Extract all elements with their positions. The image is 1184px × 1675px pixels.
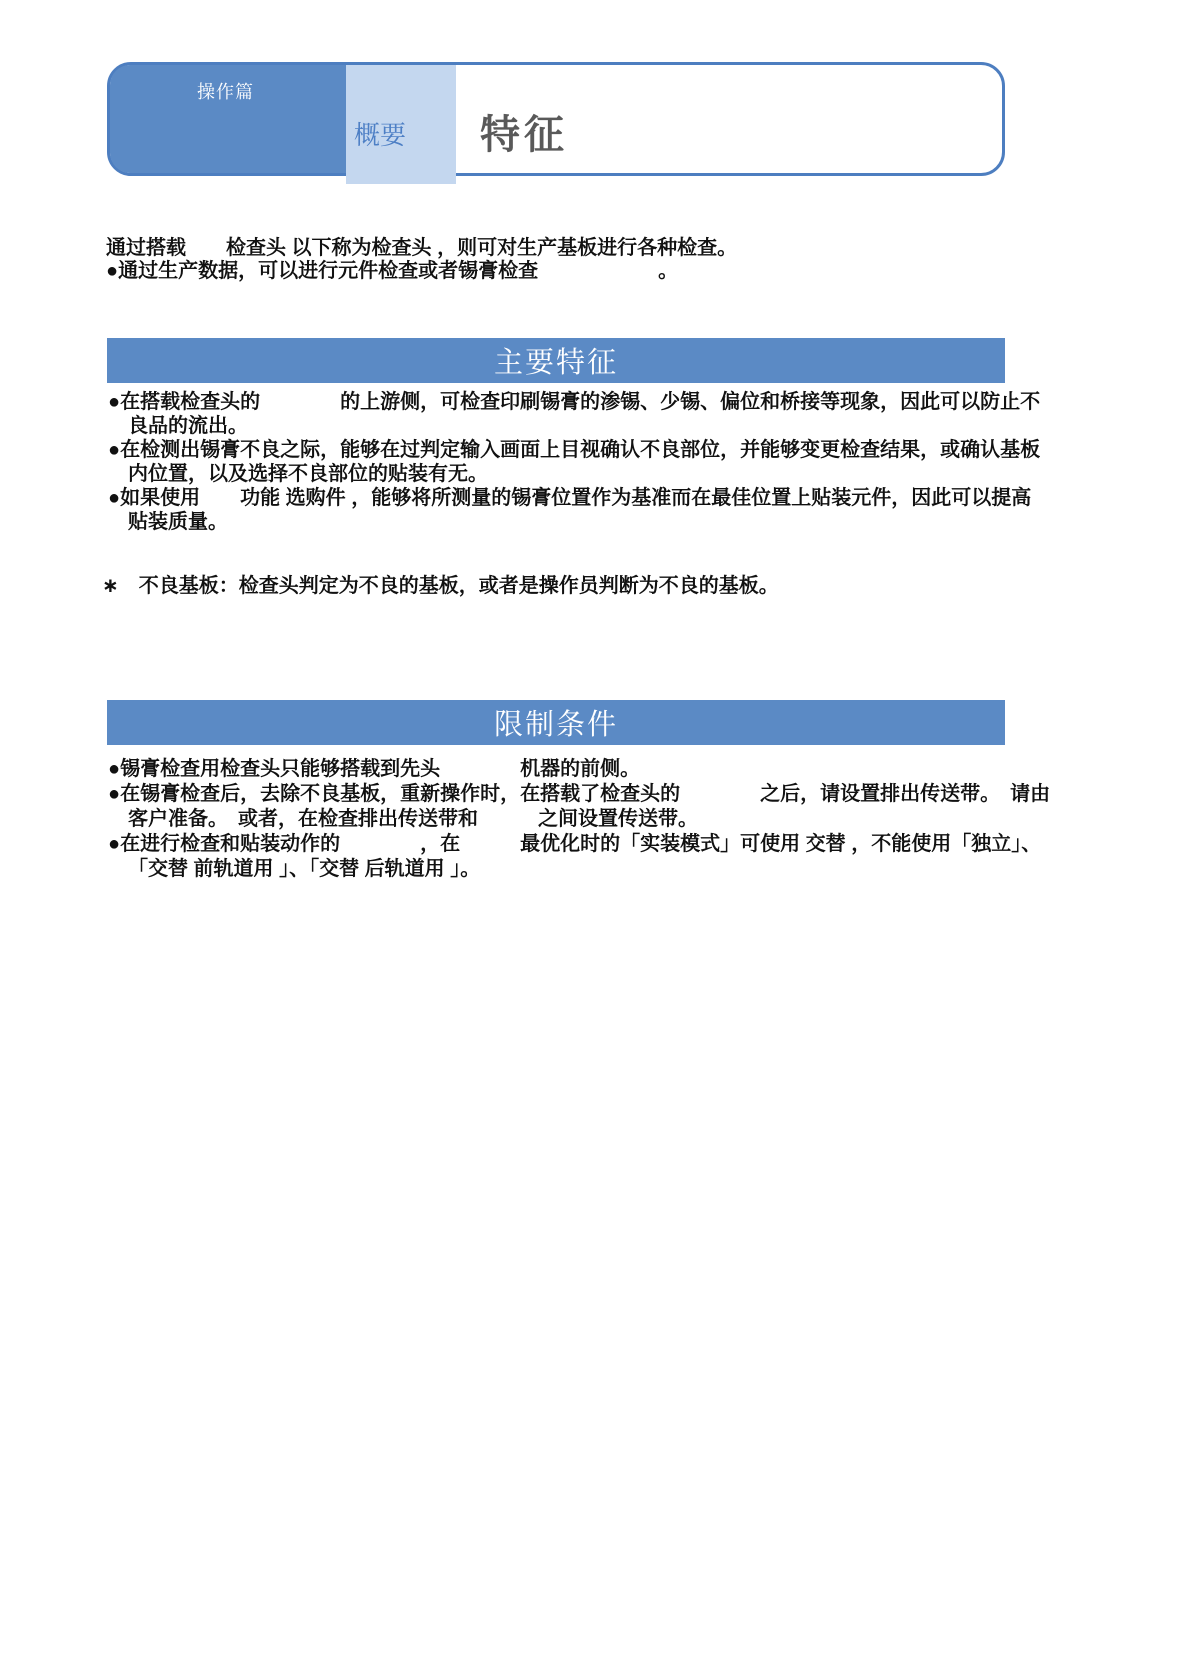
section-heading-bar-restrictions: 限制条件 xyxy=(107,700,1005,745)
bullet-line: 「交替 前轨道用 」、「交替 后轨道用 」。 xyxy=(128,858,480,880)
bullet-line: 客户准备。 或者，在检查排出传送带和 之间设置传送带。 xyxy=(128,808,698,830)
footnote: ∗ 不良基板：检查头判定为不良的基板，或者是操作员判断为不良的基板。 xyxy=(102,569,1082,598)
section-label: 操作篇 xyxy=(197,78,254,104)
page-title: 特征 xyxy=(480,103,568,160)
list-item: ●锡膏检查用检查头只能够搭载到先头 机器的前侧。 xyxy=(108,757,1108,782)
category-label: 概要 xyxy=(354,115,406,152)
intro-paragraph: 通过搭载 检查头 以下称为检查头 ，则可对生产基板进行各种检查。 ●通过生产数据… xyxy=(106,237,1086,283)
list-item: ●在锡膏检查后，去除不良基板，重新操作时，在搭载了检查头的 之后，请设置排出传送… xyxy=(108,782,1108,832)
section-heading: 限制条件 xyxy=(494,702,618,743)
bullet-line: 贴装质量。 xyxy=(128,511,228,533)
bullet-line: 良品的流出。 xyxy=(128,415,248,437)
list-item: ●如果使用 功能 选购件 ，能够将所测量的锡膏位置作为基准而在最佳位置上贴装元件… xyxy=(108,486,1108,534)
list-item: ●在进行检查和贴装动作的 ，在 最优化时的「实装模式」可使用 交替 ，不能使用「… xyxy=(108,832,1108,882)
category-tab: 概要 xyxy=(346,65,456,184)
restrictions-list: ●锡膏检查用检查头只能够搭载到先头 机器的前侧。 ●在锡膏检查后，去除不良基板，… xyxy=(108,757,1108,882)
header-banner: 操作篇 概要 特征 xyxy=(107,62,1005,176)
list-item: ●在搭载检查头的 的上游侧，可检查印刷锡膏的渗锡、少锡、偏位和桥接等现象，因此可… xyxy=(108,390,1108,438)
list-item: ●在检测出锡膏不良之际，能够在过判定输入画面上目视确认不良部位，并能够变更检查结… xyxy=(108,438,1108,486)
bullet-line: ●如果使用 功能 选购件 ，能够将所测量的锡膏位置作为基准而在最佳位置上贴装元件… xyxy=(108,487,1031,509)
bullet-line: ●在锡膏检查后，去除不良基板，重新操作时，在搭载了检查头的 之后，请设置排出传送… xyxy=(108,783,1050,805)
main-features-list: ●在搭载检查头的 的上游侧，可检查印刷锡膏的渗锡、少锡、偏位和桥接等现象，因此可… xyxy=(108,390,1108,534)
bullet-line: 内位置，以及选择不良部位的贴装有无。 xyxy=(128,463,488,485)
manual-page: 操作篇 概要 特征 通过搭载 检查头 以下称为检查头 ，则可对生产基板进行各种检… xyxy=(0,0,1184,1675)
bullet-line: ●在搭载检查头的 的上游侧，可检查印刷锡膏的渗锡、少锡、偏位和桥接等现象，因此可… xyxy=(108,391,1040,413)
bullet-line: ●在进行检查和贴装动作的 ，在 最优化时的「实装模式」可使用 交替 ，不能使用「… xyxy=(108,833,1041,855)
bullet-line: ●锡膏检查用检查头只能够搭载到先头 机器的前侧。 xyxy=(108,758,640,780)
section-heading-bar-main-features: 主要特征 xyxy=(107,338,1005,383)
section-heading: 主要特征 xyxy=(494,340,618,381)
bullet-line: ●在检测出锡膏不良之际，能够在过判定输入画面上目视确认不良部位，并能够变更检查结… xyxy=(108,439,1040,461)
intro-line: 通过搭载 检查头 以下称为检查头 ，则可对生产基板进行各种检查。 xyxy=(106,237,1086,260)
intro-line: ●通过生产数据，可以进行元件检查或者锡膏检查 。 xyxy=(106,260,1086,283)
